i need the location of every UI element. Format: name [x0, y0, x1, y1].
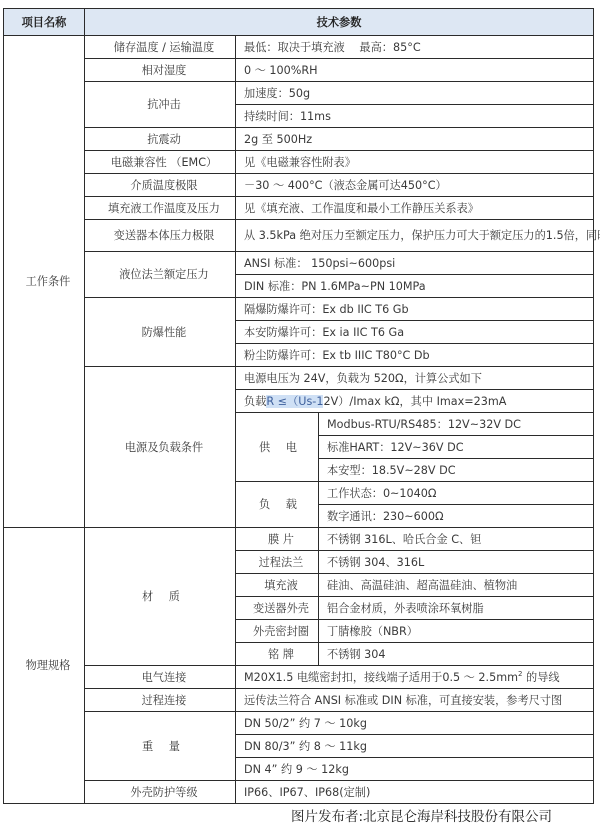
- electrical-text-end: 的导线: [523, 671, 560, 684]
- group-physical: 物理规格: [4, 528, 85, 804]
- table-row: 物理规格 材 质 膜 片 不锈钢 316L、哈氏合金 C、钽: [4, 528, 594, 551]
- value-explosion-db: 隔爆防爆许可：Ex db IIC T6 Gb: [236, 298, 594, 321]
- label-shock: 抗冲击: [85, 82, 236, 128]
- value-storage-temp: 最低：取决于填充液 最高：85°C: [236, 36, 594, 59]
- formula-prefix: 负载: [244, 395, 266, 408]
- value-vibration: 2g 至 500Hz: [236, 128, 594, 151]
- value-shock-accel: 加速度：50g: [236, 82, 594, 105]
- header-item-name: 项目名称: [4, 9, 85, 36]
- table-row: 抗震动 2g 至 500Hz: [4, 128, 594, 151]
- formula-suffix: 2V）/Imax kΩ，其中 Imax=23mA: [323, 395, 506, 408]
- label-emc: 电磁兼容性 （EMC）: [85, 151, 236, 174]
- label-process: 过程连接: [85, 689, 236, 712]
- header-tech-params: 技术参数: [85, 9, 594, 36]
- label-protection: 外壳防护等级: [85, 781, 236, 804]
- table-row: 外壳防护等级 IP66、IP67、IP68(定制): [4, 781, 594, 804]
- material-value: 不锈钢 316L、哈氏合金 C、钽: [319, 528, 594, 551]
- material-part: 铭 牌: [236, 643, 319, 666]
- material-part: 过程法兰: [236, 551, 319, 574]
- table-row: 防爆性能 隔爆防爆许可：Ex db IIC T6 Gb: [4, 298, 594, 321]
- value-weight-dn50: DN 50/2” 约 7 ～ 10kg: [236, 712, 594, 735]
- material-part: 膜 片: [236, 528, 319, 551]
- value-emc: 见《电磁兼容性附表》: [236, 151, 594, 174]
- material-value: 丁腈橡胶（NBR）: [319, 620, 594, 643]
- material-value: 不锈钢 304、316L: [319, 551, 594, 574]
- label-medium-temp: 介质温度极限: [85, 174, 236, 197]
- label-body-pressure: 变送器本体压力极限: [85, 220, 236, 252]
- material-part: 外壳密封圈: [236, 620, 319, 643]
- value-weight-dn80: DN 80/3” 约 8 ～ 11kg: [236, 735, 594, 758]
- label-storage-temp: 储存温度 / 运输温度: [85, 36, 236, 59]
- material-value: 硅油、高温硅油、超高温硅油、植物油: [319, 574, 594, 597]
- label-electrical: 电气连接: [85, 666, 236, 689]
- table-row: 电磁兼容性 （EMC） 见《电磁兼容性附表》: [4, 151, 594, 174]
- value-supply-modbus: Modbus-RTU/RS485：12V~32V DC: [319, 413, 594, 436]
- value-explosion-ia: 本安防爆许可：Ex ia IIC T6 Ga: [236, 321, 594, 344]
- table-row: 液位法兰额定压力 ANSI 标准： 150psi~600psi: [4, 252, 594, 275]
- value-medium-temp: －30 ～ 400°C（液态金属可达450°C）: [236, 174, 594, 197]
- value-supply-is: 本安型：18.5V~28V DC: [319, 459, 594, 482]
- table-row: 填充液工作温度及压力 见《填充液、工作温度和最小工作静压关系表》: [4, 197, 594, 220]
- table-row: 过程连接 远传法兰符合 ANSI 标准或 DIN 标准，可直接安装，参考尺寸图: [4, 689, 594, 712]
- publisher-watermark: 图片发布者:北京昆仑海岸科技股份有限公司: [291, 805, 552, 825]
- value-humidity: 0 ～ 100%RH: [236, 59, 594, 82]
- material-value: 铝合金材质，外表喷涂环氧树脂: [319, 597, 594, 620]
- value-explosion-tb: 粉尘防爆许可：Ex tb IIIC T80°C Db: [236, 344, 594, 367]
- table-row: 电源及负载条件 电源电压为 24V，负载为 520Ω，计算公式如下: [4, 367, 594, 390]
- header-row: 项目名称 技术参数: [4, 9, 594, 36]
- label-vibration: 抗震动: [85, 128, 236, 151]
- value-flange-din: DIN 标准：PN 1.6MPa~PN 10MPa: [236, 275, 594, 298]
- label-fill-fluid: 填充液工作温度及压力: [85, 197, 236, 220]
- material-value: 不锈钢 304: [319, 643, 594, 666]
- material-part: 填充液: [236, 574, 319, 597]
- label-load: 负 载: [236, 482, 319, 528]
- label-explosion: 防爆性能: [85, 298, 236, 367]
- table-row: 介质温度极限 －30 ～ 400°C（液态金属可达450°C）: [4, 174, 594, 197]
- value-load-working: 工作状态：0~1040Ω: [319, 482, 594, 505]
- value-process: 远传法兰符合 ANSI 标准或 DIN 标准，可直接安装，参考尺寸图: [236, 689, 594, 712]
- electrical-text: M20X1.5 电缆密封扣，接线端子适用于0.5 ～ 2.5mm: [244, 671, 518, 684]
- table-row: 工作条件 储存温度 / 运输温度 最低：取决于填充液 最高：85°C: [4, 36, 594, 59]
- spec-table: 项目名称 技术参数 工作条件 储存温度 / 运输温度 最低：取决于填充液 最高：…: [3, 8, 594, 804]
- value-body-pressure: 从 3.5kPa 绝对压力至额定压力，保护压力可大于额定压力的1.5倍，同时加于…: [236, 220, 594, 252]
- formula-selection-highlight: R ≤（Us-1: [266, 395, 323, 408]
- label-material: 材 质: [85, 528, 236, 666]
- value-power-line1: 电源电压为 24V，负载为 520Ω，计算公式如下: [236, 367, 594, 390]
- value-fill-fluid: 见《填充液、工作温度和最小工作静压关系表》: [236, 197, 594, 220]
- table-row: 变送器本体压力极限 从 3.5kPa 绝对压力至额定压力，保护压力可大于额定压力…: [4, 220, 594, 252]
- value-shock-duration: 持续时间：11ms: [236, 105, 594, 128]
- value-load-digital: 数字通讯：230~600Ω: [319, 505, 594, 528]
- table-row: 电气连接 M20X1.5 电缆密封扣，接线端子适用于0.5 ～ 2.5mm2 的…: [4, 666, 594, 689]
- table-row: 重 量 DN 50/2” 约 7 ～ 10kg: [4, 712, 594, 735]
- group-working-conditions: 工作条件: [4, 36, 85, 528]
- table-row: 抗冲击 加速度：50g: [4, 82, 594, 105]
- material-part: 变送器外壳: [236, 597, 319, 620]
- label-humidity: 相对湿度: [85, 59, 236, 82]
- label-supply: 供 电: [236, 413, 319, 482]
- label-weight: 重 量: [85, 712, 236, 781]
- value-power-formula: 负载R ≤（Us-12V）/Imax kΩ，其中 Imax=23mA: [236, 390, 594, 413]
- value-weight-dn4: DN 4” 约 9 ～ 12kg: [236, 758, 594, 781]
- label-flange-pressure: 液位法兰额定压力: [85, 252, 236, 298]
- table-row: 相对湿度 0 ～ 100%RH: [4, 59, 594, 82]
- value-supply-hart: 标准HART：12V~36V DC: [319, 436, 594, 459]
- label-power-load: 电源及负载条件: [85, 367, 236, 528]
- value-protection: IP66、IP67、IP68(定制): [236, 781, 594, 804]
- value-electrical: M20X1.5 电缆密封扣，接线端子适用于0.5 ～ 2.5mm2 的导线: [236, 666, 594, 689]
- value-flange-ansi: ANSI 标准： 150psi~600psi: [236, 252, 594, 275]
